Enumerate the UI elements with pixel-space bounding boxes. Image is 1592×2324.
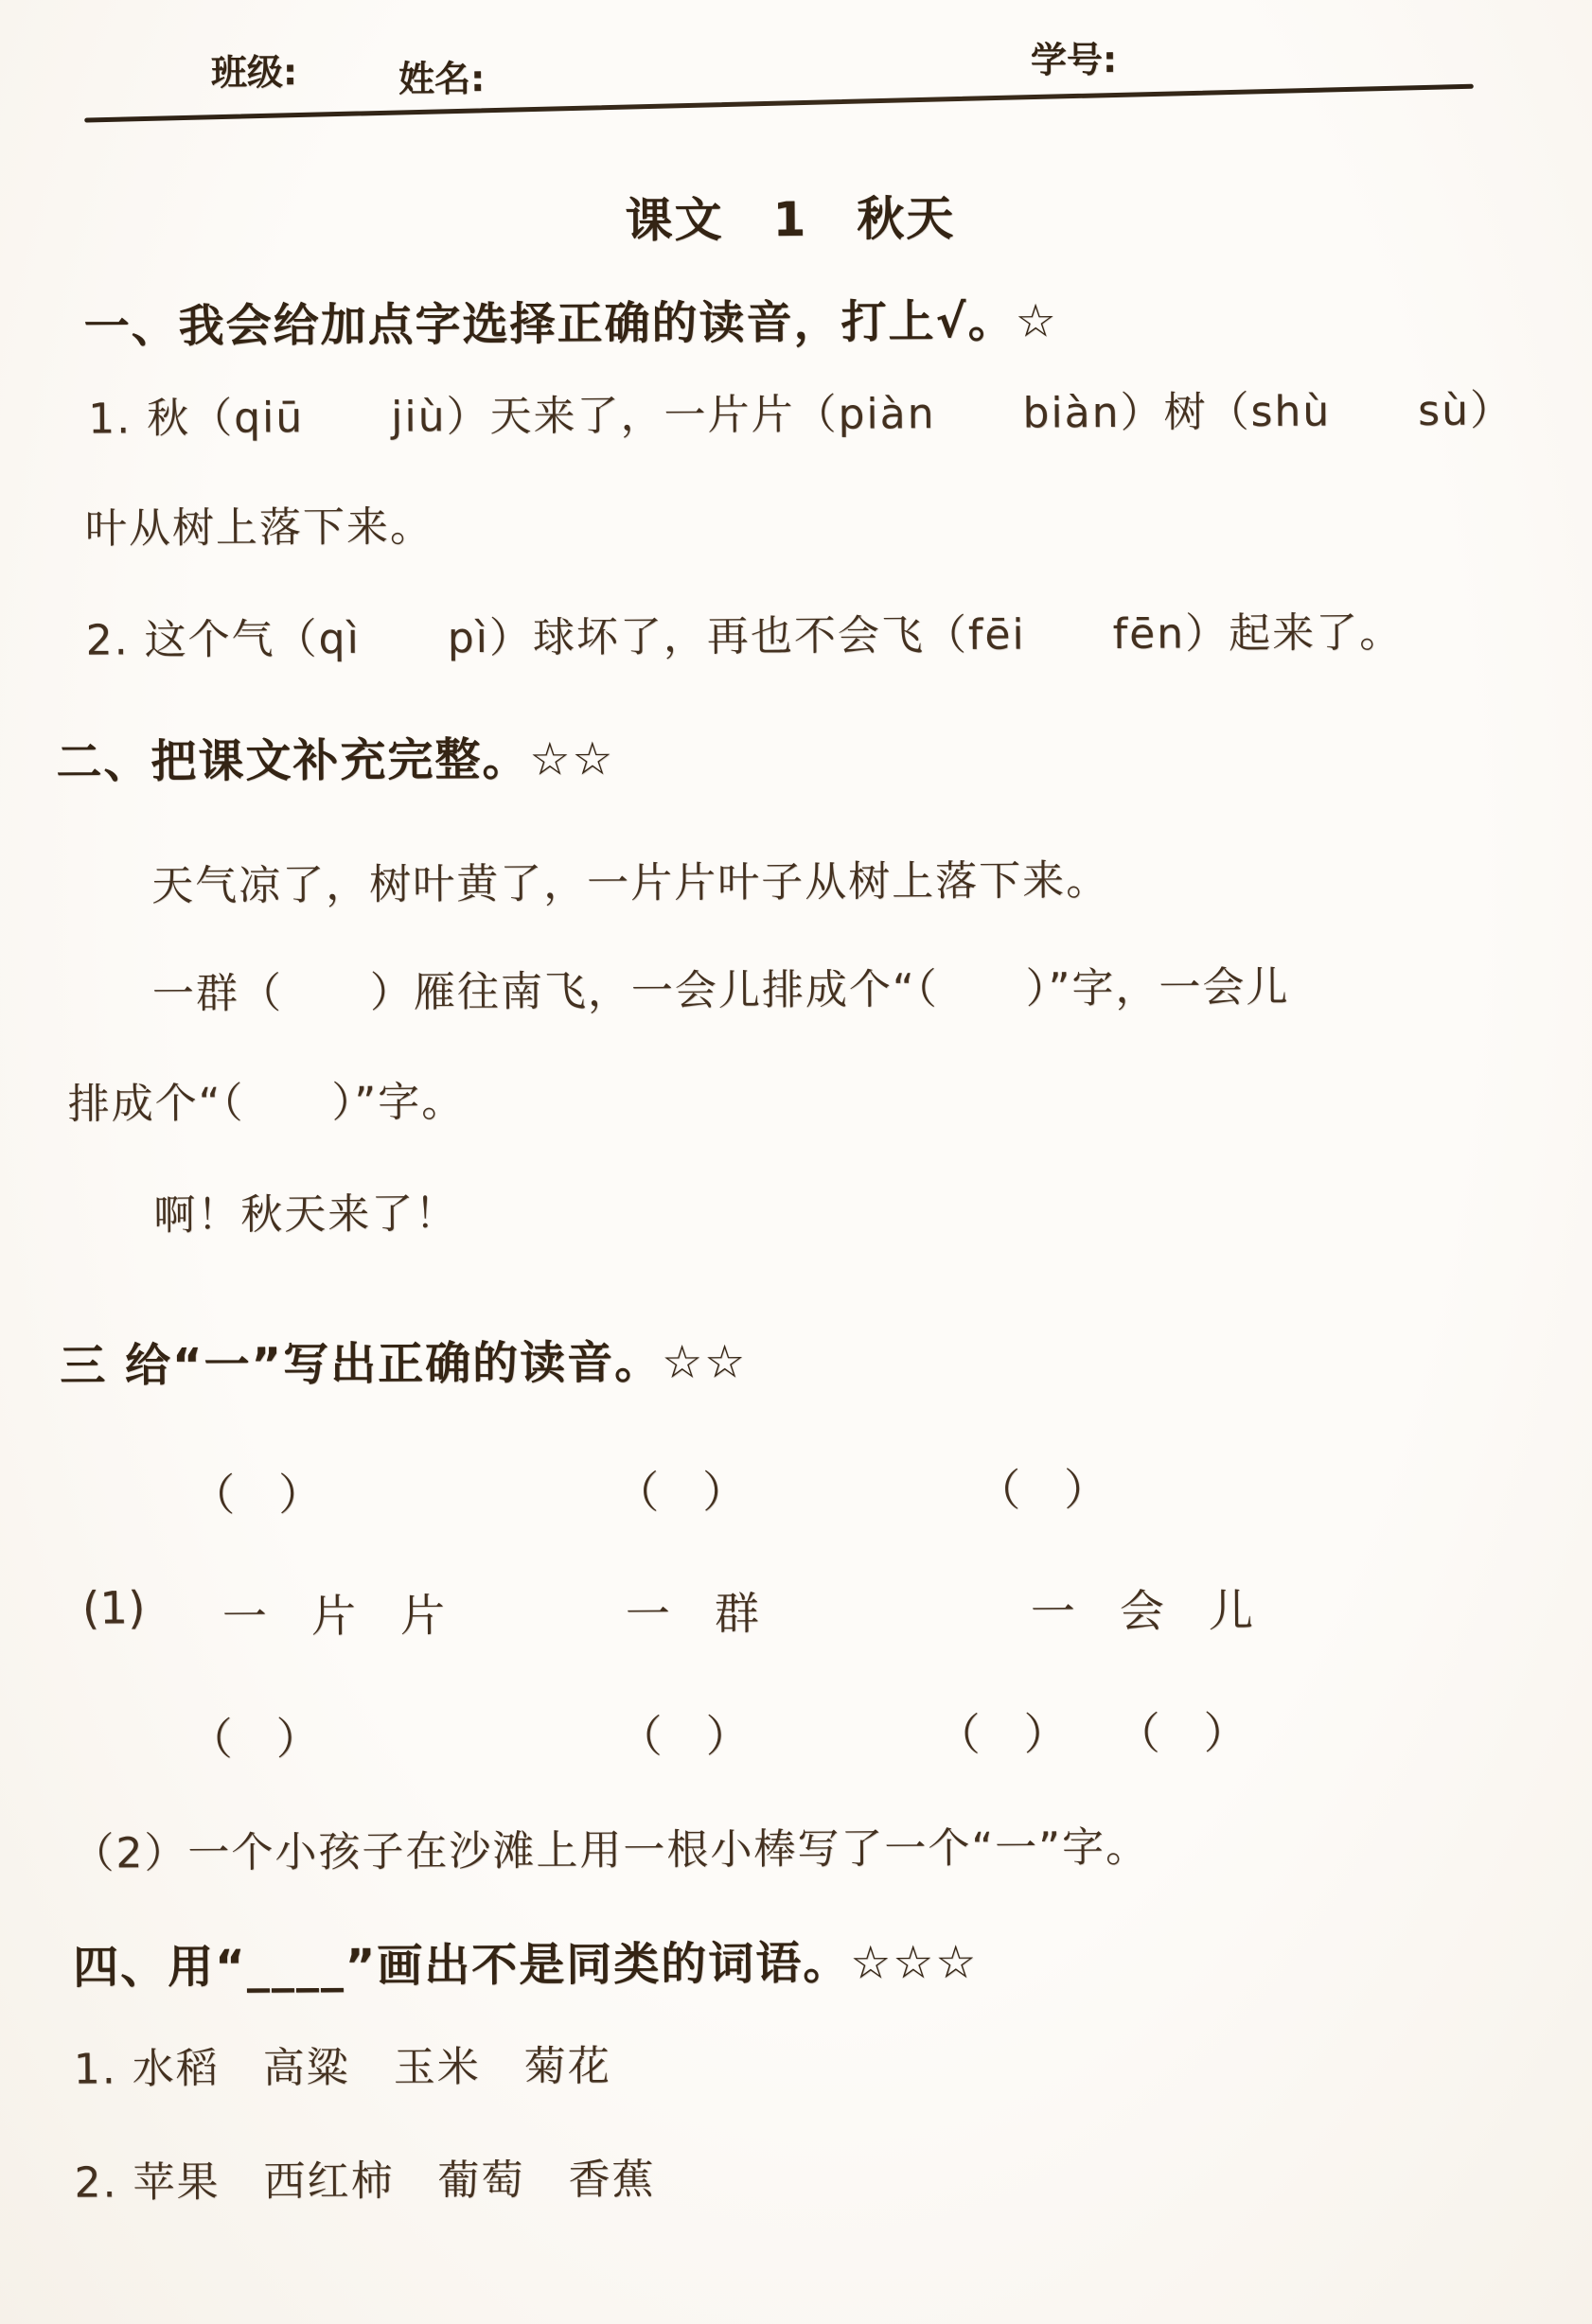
worksheet-content: 班级: 姓名: 学号: 课文 1 秋天 一、我会给加点字选择正确的读音，打上√。… [0, 0, 1592, 2324]
section-one-item1-line1: 1. 秋（qiū jiù）天来了，一片片（piàn biàn）树（shù sù） [88, 387, 1513, 444]
pinyin-blank: （ ） [615, 1457, 746, 1521]
student-id-label: 学号: [1031, 30, 1118, 83]
name-label: 姓名: [398, 49, 486, 102]
section-four-item1: 1. 水稻 高粱 玉米 菊花 [74, 2043, 611, 2094]
section-two-para2-line1: 一群（ ）雁往南飞，一会儿排成个“（ ）”字，一会儿 [152, 964, 1290, 1019]
section-two-para3: 啊！秋天来了！ [153, 1190, 458, 1241]
section-four-item2: 2. 苹果 西红柿 葡萄 香蕉 [74, 2157, 655, 2208]
section-four-heading: 四、用“____”画出不是同类的词语。☆☆☆ [73, 1926, 979, 1997]
item1-number: (1) [82, 1582, 146, 1634]
word-group: 一 会 儿 [1031, 1576, 1253, 1640]
section-two-para2-line2: 排成个“（ ）”字。 [67, 1079, 465, 1129]
pinyin-blank: （ ） [1116, 1699, 1247, 1762]
section-three-item1: (1) 一 片 片 一 群 一 会 儿 [3, 1574, 1592, 1659]
section-one-heading: 一、我会给加点字选择正确的读音，打上√。☆ [83, 284, 1057, 355]
word-group: 一 群 [626, 1578, 759, 1643]
section-two-para1: 天气凉了，树叶黄了，一片片叶子从树上落下来。 [151, 857, 1109, 911]
pinyin-blank: （ ） [191, 1460, 322, 1523]
word-group: 一 片 片 [222, 1580, 445, 1645]
pinyin-blank: （ ） [977, 1455, 1107, 1519]
worksheet-page: 班级: 姓名: 学号: 课文 1 秋天 一、我会给加点字选择正确的读音，打上√。… [0, 0, 1592, 2324]
pinyin-blank: （ ） [618, 1701, 749, 1765]
section-three-item2: （2）一个小孩子在沙滩上用一根小棒写了一个“一”字。 [72, 1824, 1149, 1879]
class-label: 班级: [211, 43, 298, 96]
pinyin-blank: （ ） [936, 1699, 1067, 1763]
pinyin-blank-row-2: （ ） （ ） （ ） （ ） [3, 1697, 1592, 1772]
section-three-heading: 三 给“一”写出正确的读音。☆☆ [60, 1325, 747, 1394]
section-two-heading: 二、把课文补充完整。☆☆ [56, 722, 614, 791]
worksheet-title: 课文 1 秋天 [0, 177, 1586, 255]
pinyin-blank: （ ） [188, 1704, 319, 1768]
section-one-item1-line2: 叶从树上落下来。 [85, 503, 433, 554]
pinyin-blank-row-1: （ ） （ ） （ ） [2, 1452, 1592, 1528]
section-one-item2: 2. 这个气（qì pì）球坏了，再也不会飞（fēi fēn）起来了。 [85, 609, 1403, 665]
